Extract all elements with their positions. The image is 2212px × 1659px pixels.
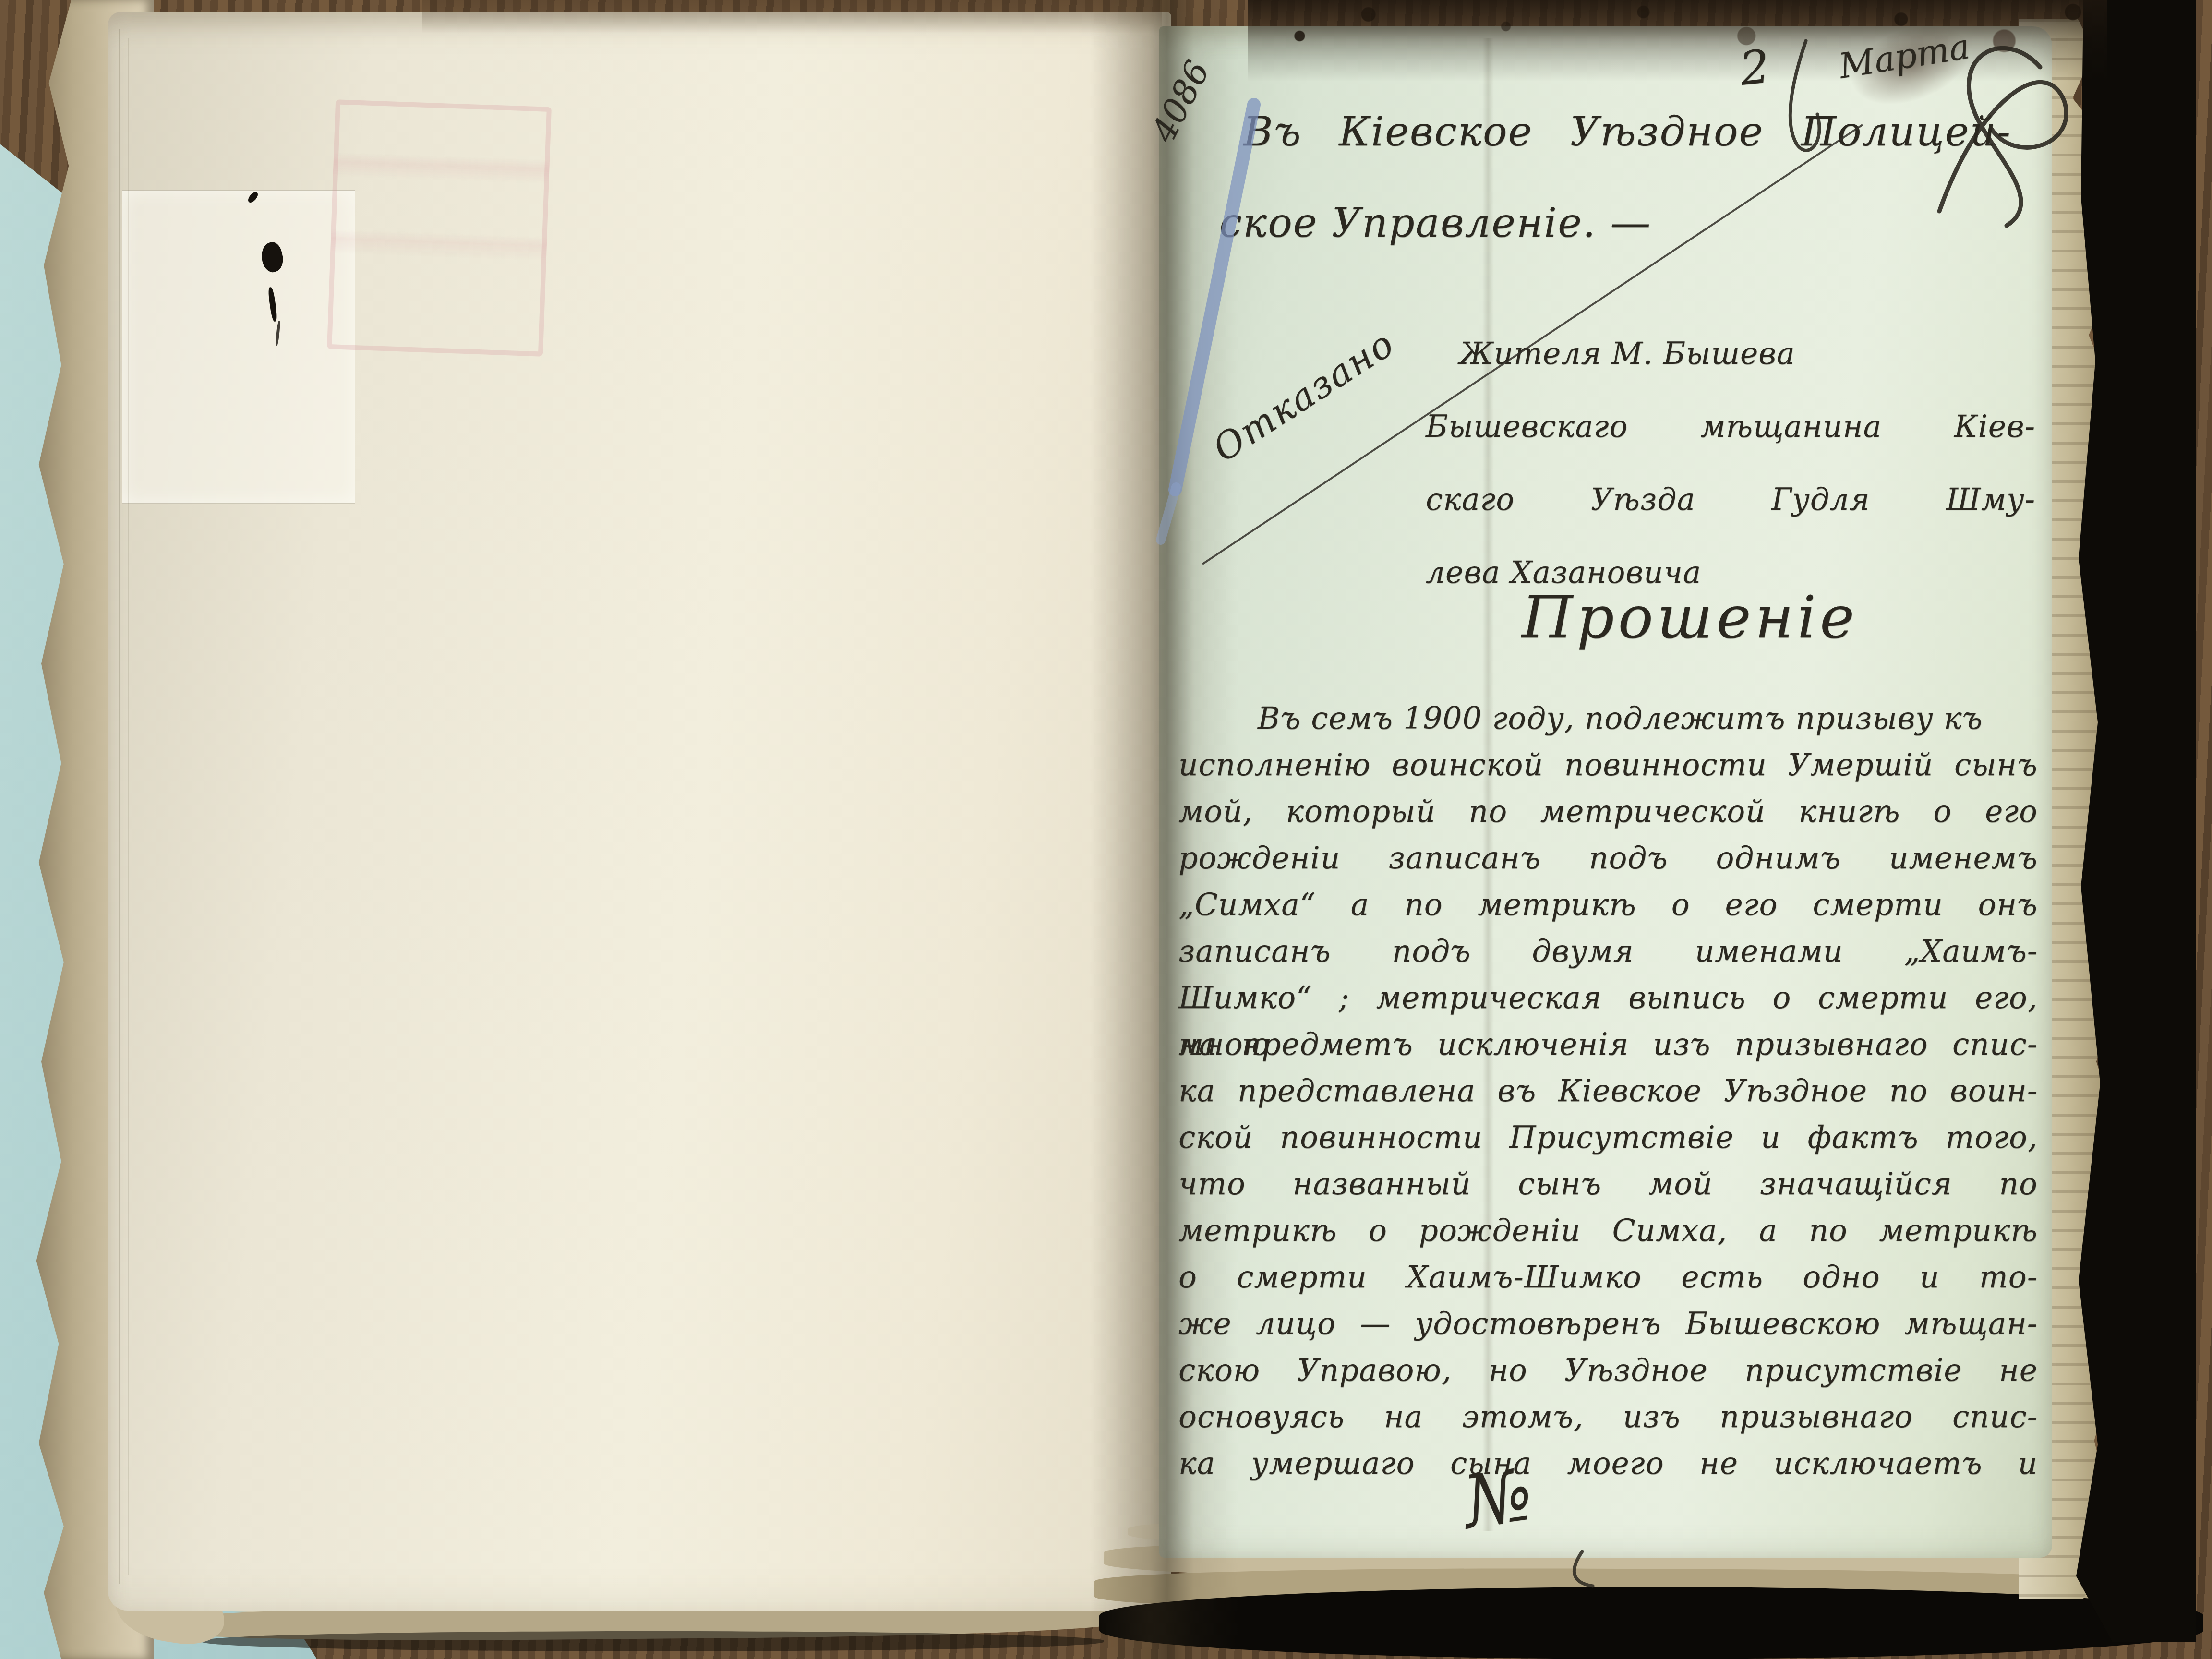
header-line-2: ское Управленіе. — (1219, 199, 1651, 246)
body-line: ка представлена въ Кіевское Уѣздное по в… (1178, 1068, 2038, 1114)
top-edge-grime (1248, 0, 2107, 120)
top-edge-grime (422, 0, 1162, 34)
header-line-1: Въ Кіевское Уѣздное Полицей- (1243, 108, 2011, 155)
body-line: основуясь на этомъ, изъ призывнаго спис- (1178, 1394, 2038, 1440)
body-line: о смерти Хаимъ-Шимко есть одно и то- (1178, 1254, 2038, 1300)
flourish-mark: № (1459, 1453, 1538, 1545)
body-line: рожденіи записанъ подъ однимъ именемъ (1178, 835, 2038, 881)
body-line: что названный сынъ мой значащійся по (1178, 1161, 2038, 1207)
body-line: Въ семъ 1900 году, подлежитъ призыву къ (1258, 695, 2038, 742)
body-line: ской повинности Присутствіе и фактъ того… (1178, 1114, 2038, 1161)
body-line: записанъ подъ двумя именами „Хаимъ- (1178, 928, 2038, 974)
page-crease (119, 29, 120, 1584)
binding-shadow (2076, 0, 2196, 1642)
faded-stamp (327, 99, 552, 356)
archival-book-photo: 4086 2 Марта Отказано Въ Кіевское Уѣздно… (0, 0, 2212, 1659)
body-line: на предметъ исключенія изъ призывнаго сп… (1178, 1021, 2038, 1068)
body-line: же лицо — удостовѣренъ Бышевскою мѣщан- (1178, 1300, 2038, 1347)
folio-number: 2 (1737, 39, 1772, 96)
body-line: Шимко“ ; метрическая выпись о смерти его… (1178, 974, 2038, 1021)
addressee-line-2: Бышевскаго мѣщанина Кіев- (1426, 409, 2035, 444)
body-line: ка умершаго сына моего не исключаетъ и (1178, 1440, 2038, 1487)
paper-patch (122, 190, 355, 504)
bottom-shadow (202, 1631, 1104, 1651)
body-line: „Симха“ а по метрикѣ о его смерти онъ (1178, 881, 2038, 928)
document-title: Прошеніе (1522, 583, 1858, 651)
page-crease (128, 38, 129, 1575)
body-line: скою Управою, но Уѣздное присутствіе не (1178, 1347, 2038, 1394)
addressee-line-3: скаго Уѣзда Гудля Шму- (1426, 482, 2035, 517)
body-line: исполненію воинской повинности Умершій с… (1178, 742, 2038, 788)
body-line: метрикѣ о рожденіи Симха, а по метрикѣ (1178, 1207, 2038, 1254)
body-line: мой, который по метрической книгѣ о его (1178, 788, 2038, 835)
addressee-line-1: Жителя М. Бышева (1459, 336, 1795, 371)
